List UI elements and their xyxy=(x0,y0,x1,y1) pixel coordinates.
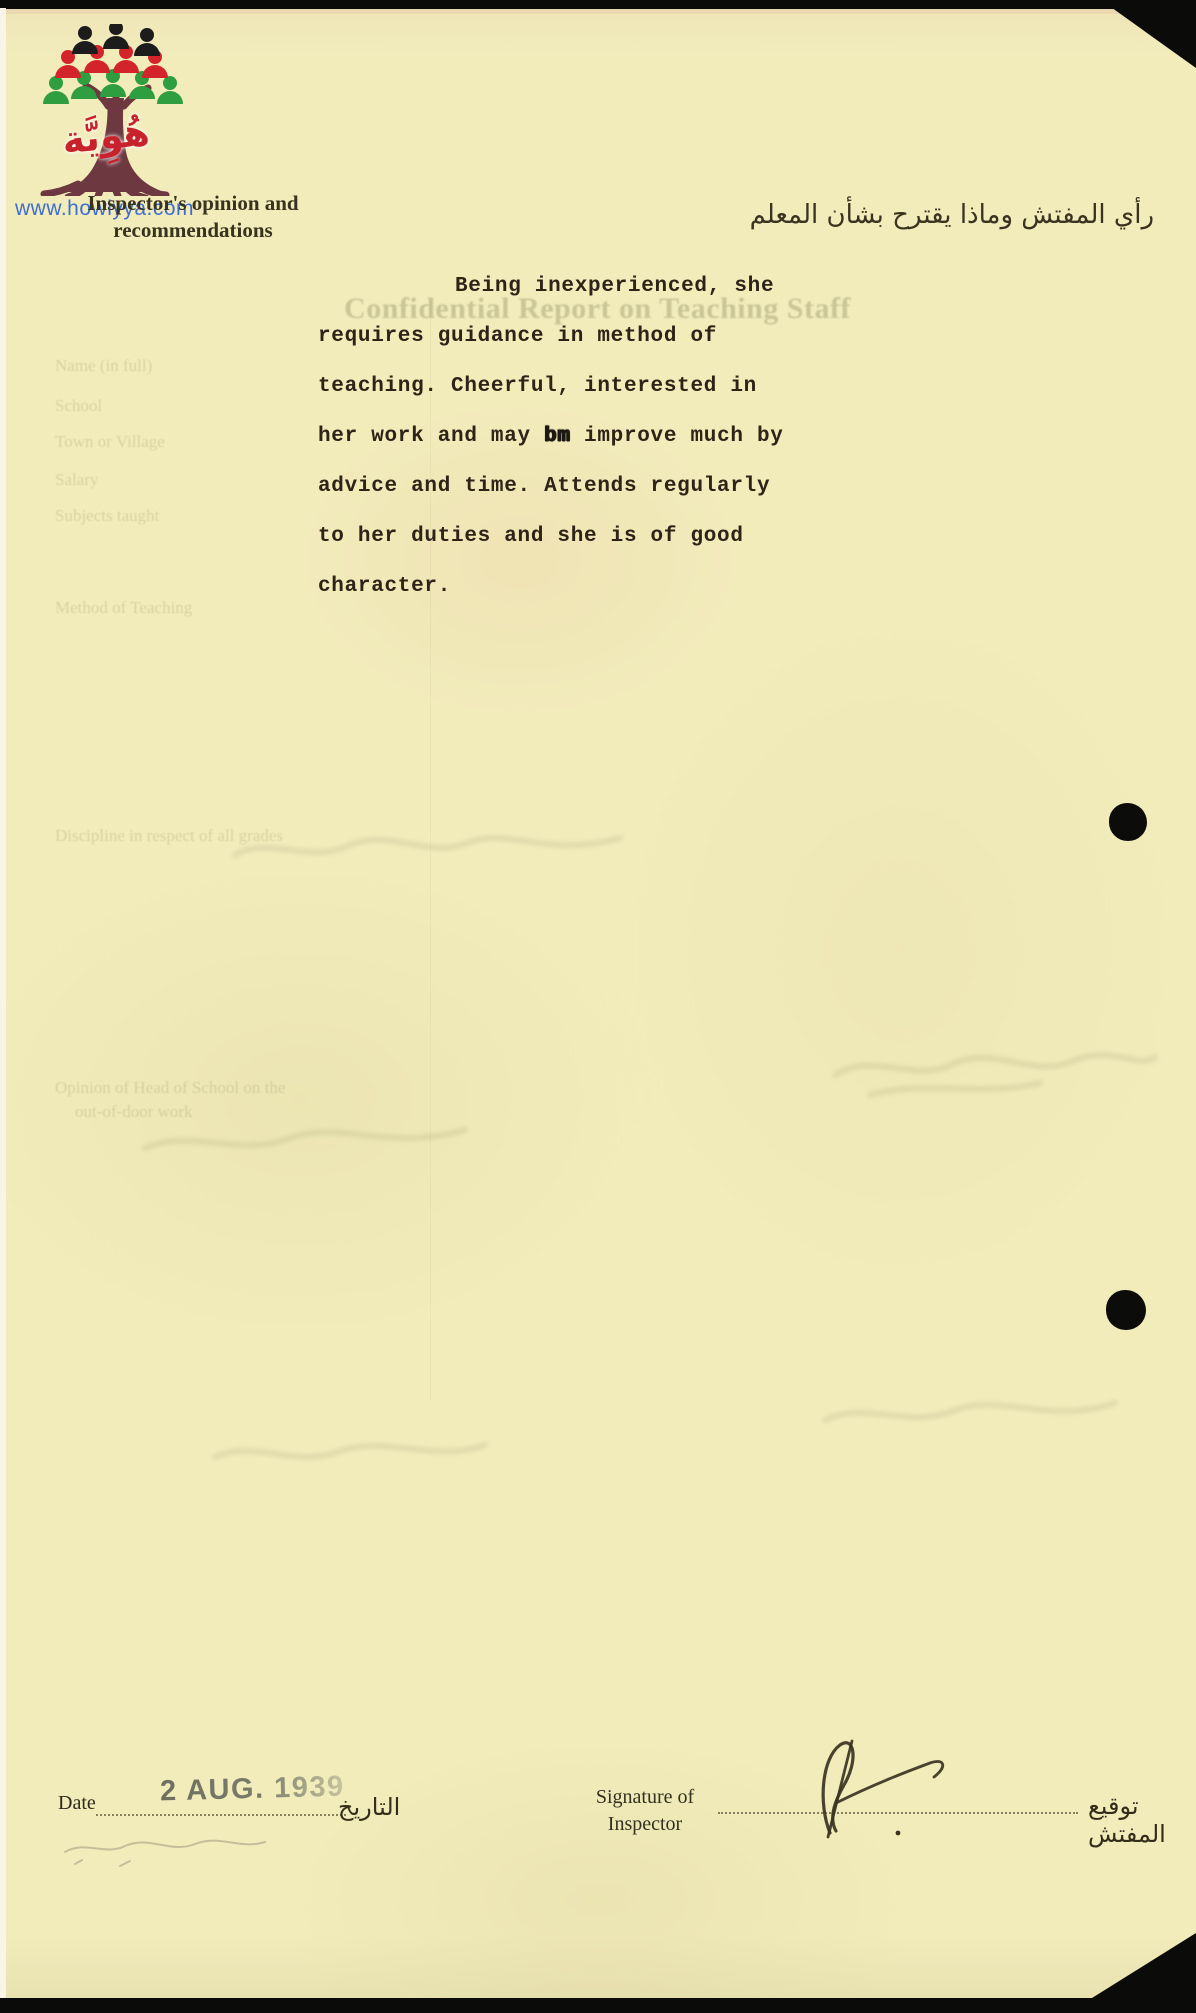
heading-en-line1: Inspector's opinion and xyxy=(67,190,319,217)
date-stamp: 2 AUG. 1939 xyxy=(160,1771,345,1809)
bleedthrough-label: Subjects taught xyxy=(55,506,159,526)
typed-line: Being inexperienced, she xyxy=(318,262,898,312)
inspector-opinion-heading-ar: رأي المفتش وماذا يقترح بشأن المعلم xyxy=(750,200,1154,230)
typed-line: to her duties and she is of good xyxy=(318,512,898,562)
ink-smudge xyxy=(820,1385,1120,1445)
signature-label-line2: Inspector xyxy=(565,1811,725,1838)
signature-label-line1: Signature of xyxy=(565,1784,725,1811)
typed-line: character. xyxy=(318,562,898,612)
howiyya-tree-logo-icon xyxy=(38,24,188,196)
signature-label: Signature of Inspector xyxy=(565,1784,725,1838)
bleedthrough-label: School xyxy=(55,396,102,416)
typed-line: teaching. Cheerful, interested in xyxy=(318,362,898,412)
overstruck-word: bm xyxy=(544,425,571,448)
typed-line: requires guidance in method of xyxy=(318,312,898,362)
heading-en-line2: recommendations xyxy=(67,217,319,244)
logo-arabic-calligraphy: هُوِيَّة xyxy=(60,110,152,163)
typed-opinion-paragraph: Being inexperienced, she requires guidan… xyxy=(318,262,898,612)
pencil-scribble xyxy=(60,1830,270,1872)
scan-edge-tint xyxy=(0,9,1196,14)
bleedthrough-label: Opinion of Head of School on the xyxy=(55,1078,285,1098)
scan-edge-top xyxy=(0,0,1196,9)
typed-line: her work and may bm improve much by xyxy=(318,412,898,462)
inspector-opinion-heading-en: Inspector's opinion and recommendations xyxy=(67,190,319,244)
bleedthrough-label: Town or Village xyxy=(55,432,165,452)
ink-smudge xyxy=(140,1110,470,1180)
bleedthrough-label: Name (in full) xyxy=(55,356,152,376)
date-label: Date xyxy=(58,1792,96,1815)
scan-corner-top-right xyxy=(1101,0,1196,68)
bleedthrough-label: Method of Teaching xyxy=(55,598,192,618)
typed-line: advice and time. Attends regularly xyxy=(318,462,898,512)
inspector-signature xyxy=(800,1733,965,1841)
hole-punch-dot xyxy=(1109,803,1147,841)
date-dotted-line xyxy=(96,1814,346,1816)
scan-edge-left xyxy=(0,8,6,1999)
scan-edge-bottom xyxy=(0,1998,1196,2013)
paper-crease xyxy=(430,300,431,1400)
date-label-arabic: التاريخ xyxy=(338,1793,400,1821)
hole-punch-dot xyxy=(1106,1290,1146,1330)
ink-smudge xyxy=(210,1425,490,1485)
scanned-document-page: هُوِيَّة www.howiyya.com Inspector's opi… xyxy=(0,0,1196,2013)
ink-smudge xyxy=(830,1035,1160,1105)
signature-label-arabic: توقيع المفتش xyxy=(1088,1792,1196,1848)
bleedthrough-label: Salary xyxy=(55,470,98,490)
